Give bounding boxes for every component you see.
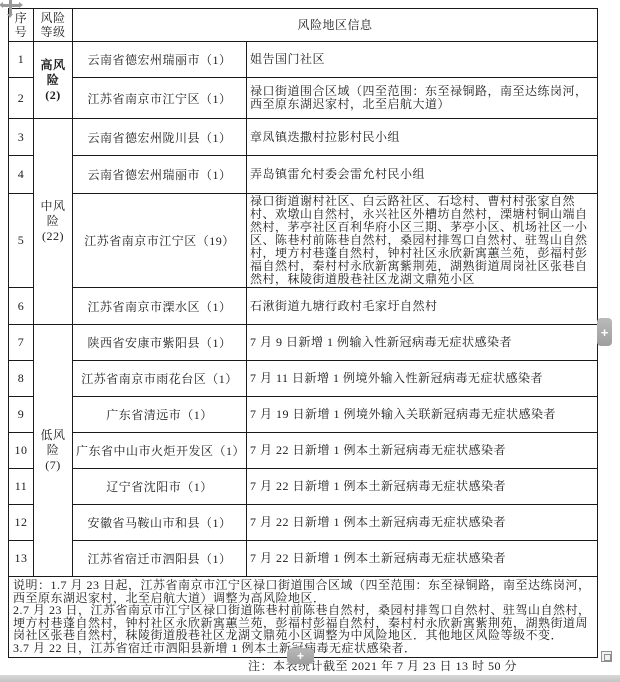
document-page: 序 号 风险 等级 风险地区信息 1 高风险 (2) 云南省德宏州瑞丽市（1） …: [0, 0, 620, 682]
row-no: 1: [9, 42, 34, 78]
risk-level-low: 低风险 (7): [34, 325, 73, 577]
row-region: 江苏省宿迁市泗阳县（1）: [73, 541, 247, 577]
row-region: 安徽省马鞍山市和县（1）: [73, 505, 247, 541]
table-move-icon[interactable]: [2, 0, 20, 15]
row-region: 云南省德宏州瑞丽市（1）: [73, 156, 247, 194]
table-row: 9 广东省清远市（1） 7 月 19 日新增 1 例境外输入关联新冠病毒无症状感…: [9, 397, 598, 433]
table-row: 1 高风险 (2) 云南省德宏州瑞丽市（1） 姐告国门社区: [9, 42, 598, 78]
plus-icon[interactable]: +: [597, 318, 612, 346]
row-info: 7 月 19 日新增 1 例境外输入关联新冠病毒无症状感染者: [247, 397, 598, 433]
row-region: 云南省德宏州陇川县（1）: [73, 119, 247, 156]
risk-level-high: 高风险 (2): [34, 42, 73, 119]
table-row: 6 江苏省南京市溧水区（1） 石湫街道九塘行政村毛家圩自然村: [9, 288, 598, 325]
row-region: 陕西省安康市紫阳县（1）: [73, 325, 247, 361]
move-icon-arrow: [19, 2, 23, 8]
table-row: 7 低风险 (7) 陕西省安康市紫阳县（1） 7 月 9 日新增 1 例输入性新…: [9, 325, 598, 361]
table-row: 10 广东省中山市火炬开发区（1） 7 月 22 日新增 1 例本土新冠病毒无症…: [9, 433, 598, 469]
row-region: 云南省德宏州瑞丽市（1）: [73, 42, 247, 78]
row-info: 7 月 22 日新增 1 例本土新冠病毒无症状感染者: [247, 433, 598, 469]
row-region: 江苏省南京市溧水区（1）: [73, 288, 247, 325]
risk-area-table: 序 号 风险 等级 风险地区信息 1 高风险 (2) 云南省德宏州瑞丽市（1） …: [8, 8, 598, 658]
row-no: 10: [9, 433, 34, 469]
row-info: 弄岛镇雷允村委会雷允村民小组: [247, 156, 598, 194]
move-icon-arrow: [0, 2, 3, 8]
table-row: 13 江苏省宿迁市泗阳县（1） 7 月 22 日新增 1 例本土新冠病毒无症状感…: [9, 541, 598, 577]
row-info: 章凤镇迭撒村拉影村民小组: [247, 119, 598, 156]
table-header-row: 序 号 风险 等级 风险地区信息: [9, 9, 598, 42]
row-info: 禄口街道围合区域（四至范围：东至禄铜路，南至达练岗河，西至原东湖迟家村，北至启航…: [247, 78, 598, 119]
row-no: 12: [9, 505, 34, 541]
table-row: 11 辽宁省沈阳市（1） 7 月 22 日新增 1 例本土新冠病毒无症状感染者: [9, 469, 598, 505]
row-no: 11: [9, 469, 34, 505]
row-region: 江苏省南京市江宁区（1）: [73, 78, 247, 119]
note-line-1: 说明：1.7 月 23 日起，江苏省南京市江宁区禄口街道围合区域（四至范围：东至…: [13, 579, 593, 604]
row-no: 7: [9, 325, 34, 361]
header-risk-level: 风险 等级: [34, 9, 73, 42]
row-no: 6: [9, 288, 34, 325]
page-bottom-divider: [0, 675, 620, 682]
table-row: 12 安徽省马鞍山市和县（1） 7 月 22 日新增 1 例本土新冠病毒无症状感…: [9, 505, 598, 541]
header-risk-area-info: 风险地区信息: [73, 9, 598, 42]
row-no: 9: [9, 397, 34, 433]
resize-icon-inner: [604, 654, 611, 661]
row-no: 8: [9, 361, 34, 397]
row-region: 江苏省南京市江宁区（19）: [73, 194, 247, 288]
row-no: 4: [9, 156, 34, 194]
row-region: 广东省中山市火炬开发区（1）: [73, 433, 247, 469]
row-info: 7 月 9 日新增 1 例输入性新冠病毒无症状感染者: [247, 325, 598, 361]
row-no: 5: [9, 194, 34, 288]
row-info: 7 月 22 日新增 1 例本土新冠病毒无症状感染者: [247, 541, 598, 577]
table-resize-icon[interactable]: [601, 651, 612, 662]
move-icon-arrow: [7, 14, 13, 18]
row-region: 广东省清远市（1）: [73, 397, 247, 433]
risk-level-medium: 中风险 (22): [34, 119, 73, 325]
plus-icon[interactable]: +: [287, 648, 314, 664]
row-no: 2: [9, 78, 34, 119]
table-row: 3 中风险 (22) 云南省德宏州陇川县（1） 章凤镇迭撒村拉影村民小组: [9, 119, 598, 156]
table-row: 2 江苏省南京市江宁区（1） 禄口街道围合区域（四至范围：东至禄铜路，南至达练岗…: [9, 78, 598, 119]
row-info: 7 月 22 日新增 1 例本土新冠病毒无症状感染者: [247, 505, 598, 541]
row-no: 3: [9, 119, 34, 156]
row-info: 姐告国门社区: [247, 42, 598, 78]
notes-row: 说明：1.7 月 23 日起，江苏省南京市江宁区禄口街道围合区域（四至范围：东至…: [9, 577, 598, 658]
row-no: 13: [9, 541, 34, 577]
note-line-2: 2.7 月 23 日，江苏省南京市江宁区禄口街道陈巷村前陈巷自然村，桑园村排驾口…: [13, 604, 593, 642]
row-info: 7 月 22 日新增 1 例本土新冠病毒无症状感染者: [247, 469, 598, 505]
table-row: 4 云南省德宏州瑞丽市（1） 弄岛镇雷允村委会雷允村民小组: [9, 156, 598, 194]
row-info: 石湫街道九塘行政村毛家圩自然村: [247, 288, 598, 325]
row-info: 禄口街道谢村社区、白云路社区、石埝村、曹村村张家自然村、欢墩山自然村，永兴社区外…: [247, 194, 598, 288]
table-row: 5 江苏省南京市江宁区（19） 禄口街道谢村社区、白云路社区、石埝村、曹村村张家…: [9, 194, 598, 288]
move-icon-bar: [9, 0, 12, 14]
row-region: 江苏省南京市雨花台区（1）: [73, 361, 247, 397]
notes-cell: 说明：1.7 月 23 日起，江苏省南京市江宁区禄口街道围合区域（四至范围：东至…: [9, 577, 598, 658]
row-region: 辽宁省沈阳市（1）: [73, 469, 247, 505]
table-row: 8 江苏省南京市雨花台区（1） 7 月 11 日新增 1 例境外输入性新冠病毒无…: [9, 361, 598, 397]
row-info: 7 月 11 日新增 1 例境外输入性新冠病毒无症状感染者: [247, 361, 598, 397]
